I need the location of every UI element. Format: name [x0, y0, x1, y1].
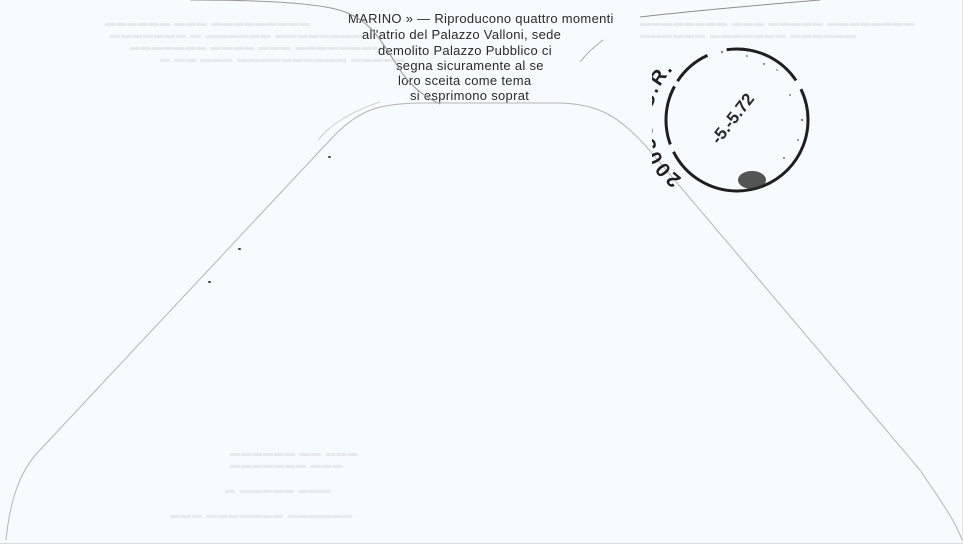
postmark-date: -5.-5.72	[707, 90, 758, 148]
right-side-flap-inner-edge	[580, 40, 603, 62]
paper-speck	[328, 156, 331, 158]
postmark: 20038 S.R. -5.-5.72	[652, 40, 822, 200]
postmark-ink-smudge	[738, 171, 766, 189]
paper-speck	[238, 248, 241, 250]
left-flap-seam	[318, 102, 380, 140]
left-side-flap-edge	[190, 0, 440, 104]
right-side-flap-edge	[640, 0, 820, 17]
paper-speck	[208, 281, 211, 283]
